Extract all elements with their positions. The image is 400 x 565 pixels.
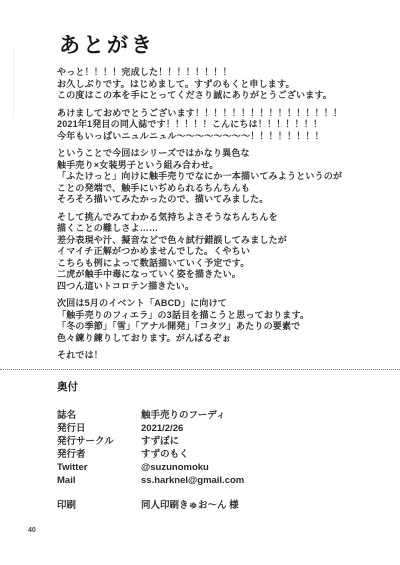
text-line: それでは！: [57, 350, 382, 362]
text-line: こちらも例によって数話描いていく予定です。: [57, 258, 382, 270]
colophon-row-twitter: Twitter @suzunomoku: [57, 461, 382, 474]
row-label: Twitter: [57, 461, 141, 474]
scanned-document-page: あとがき やっと！！！！完成した！！！！！！！！ お久しぶりです。はじめまして。…: [0, 0, 400, 565]
colophon-row-publisher: 発行者 すずのもく: [57, 448, 382, 461]
text-line: 次回は5月のイベント「ABCD」に向けて: [57, 298, 382, 310]
colophon-section: 奥付 誌名 触手売りのフーディ 発行日 2021/2/26 発行サークル すずぼ…: [57, 381, 382, 512]
row-label: Mail: [57, 474, 141, 487]
row-label: 誌名: [57, 409, 141, 422]
colophon-heading: 奥付: [57, 381, 382, 393]
text-line: そして挑んでみてわかる気持ちよさそうなちんちんを: [57, 212, 382, 224]
afterword-paragraph-1: やっと！！！！完成した！！！！！！！！ お久しぶりです。はじめまして。すずのもく…: [57, 67, 382, 102]
row-value: すずのもく: [141, 448, 189, 461]
afterword-paragraph-6: それでは！: [57, 350, 382, 362]
text-line: 二虎が触手中毒になっていく姿を描きたい。: [57, 269, 382, 281]
row-label: 発行サークル: [57, 435, 141, 448]
text-line: 描くことの難しさよ……: [57, 223, 382, 235]
text-line: 「ふたけっと」向けに触手売りでなにか一本描いてみようというのが: [57, 171, 382, 183]
text-line: やっと！！！！完成した！！！！！！！！: [57, 67, 382, 79]
colophon-table: 誌名 触手売りのフーディ 発行日 2021/2/26 発行サークル すずぼに 発…: [57, 409, 382, 512]
section-divider: [0, 369, 400, 370]
afterword-paragraph-2: あけましておめでとうございます！！！！！！！！！！！！！！！！ 2021年1発目…: [57, 108, 382, 143]
text-line: 「触手売りのフィエラ」の3話目を描こうと思っております。: [57, 310, 382, 322]
page-number: 40: [28, 527, 36, 535]
text-line: 色々練り練りしております。がんばるぞぉ: [57, 333, 382, 345]
row-value: 同人印刷きゅお～ん 様: [141, 499, 239, 512]
colophon-row-title: 誌名 触手売りのフーディ: [57, 409, 382, 422]
row-label: 発行日: [57, 422, 141, 435]
afterword-paragraph-4: そして挑んでみてわかる気持ちよさそうなちんちんを 描くことの難しさよ…… 差分表…: [57, 212, 382, 293]
text-line: ということで今回はシリーズではかなり異色な: [57, 148, 382, 160]
text-line: ことの発端で、触手にいぢめられるちんちんも: [57, 183, 382, 195]
text-line: 差分表現や汁、擬音などで色々試行錯誤してみましたが: [57, 235, 382, 247]
text-line: お久しぶりです。はじめまして。すずのもくと申します。: [57, 79, 382, 91]
afterword-section: あとがき やっと！！！！完成した！！！！！！！！ お久しぶりです。はじめまして。…: [57, 34, 382, 362]
text-line: あけましておめでとうございます！！！！！！！！！！！！！！！！: [57, 108, 382, 120]
text-line: この度はこの本を手にとってくださり誠にありがとうございます。: [57, 90, 382, 102]
row-value: ss.harknel@gmail.com: [141, 474, 244, 487]
row-value: 2021/2/26: [141, 422, 183, 435]
afterword-heading: あとがき: [59, 34, 382, 57]
colophon-row-mail: Mail ss.harknel@gmail.com: [57, 474, 382, 487]
text-line: 四つん這いトコロテン描きたい。: [57, 281, 382, 293]
row-label: 発行者: [57, 448, 141, 461]
text-line: そろそろ描いてみたかったので、描いてみました。: [57, 194, 382, 206]
colophon-row-circle: 発行サークル すずぼに: [57, 435, 382, 448]
colophon-row-publish-date: 発行日 2021/2/26: [57, 422, 382, 435]
text-line: 「冬の季節」「雪」「アナル開発」「コタツ」あたりの要素で: [57, 321, 382, 333]
row-label: 印刷: [57, 499, 141, 512]
colophon-row-printer: 印刷 同人印刷きゅお～ん 様: [57, 499, 382, 512]
text-line: 触手売り×女装男子という組み合わせ。: [57, 160, 382, 172]
text-line: イマイチ正解がつかめませんでした。くやちい: [57, 246, 382, 258]
text-line: 今年もいっぱいニュルニュル～～～～～～～～！！！！！！！！: [57, 131, 382, 143]
afterword-paragraph-3: ということで今回はシリーズではかなり異色な 触手売り×女装男子という組み合わせ。…: [57, 148, 382, 206]
row-value: すずぼに: [141, 435, 179, 448]
afterword-paragraph-5: 次回は5月のイベント「ABCD」に向けて 「触手売りのフィエラ」の3話目を描こう…: [57, 298, 382, 344]
row-value: 触手売りのフーディ: [141, 409, 225, 422]
row-value: @suzunomoku: [141, 461, 209, 474]
text-line: 2021年1発目の同人誌です！！！！！こんにちは！！！！！！！: [57, 119, 382, 131]
